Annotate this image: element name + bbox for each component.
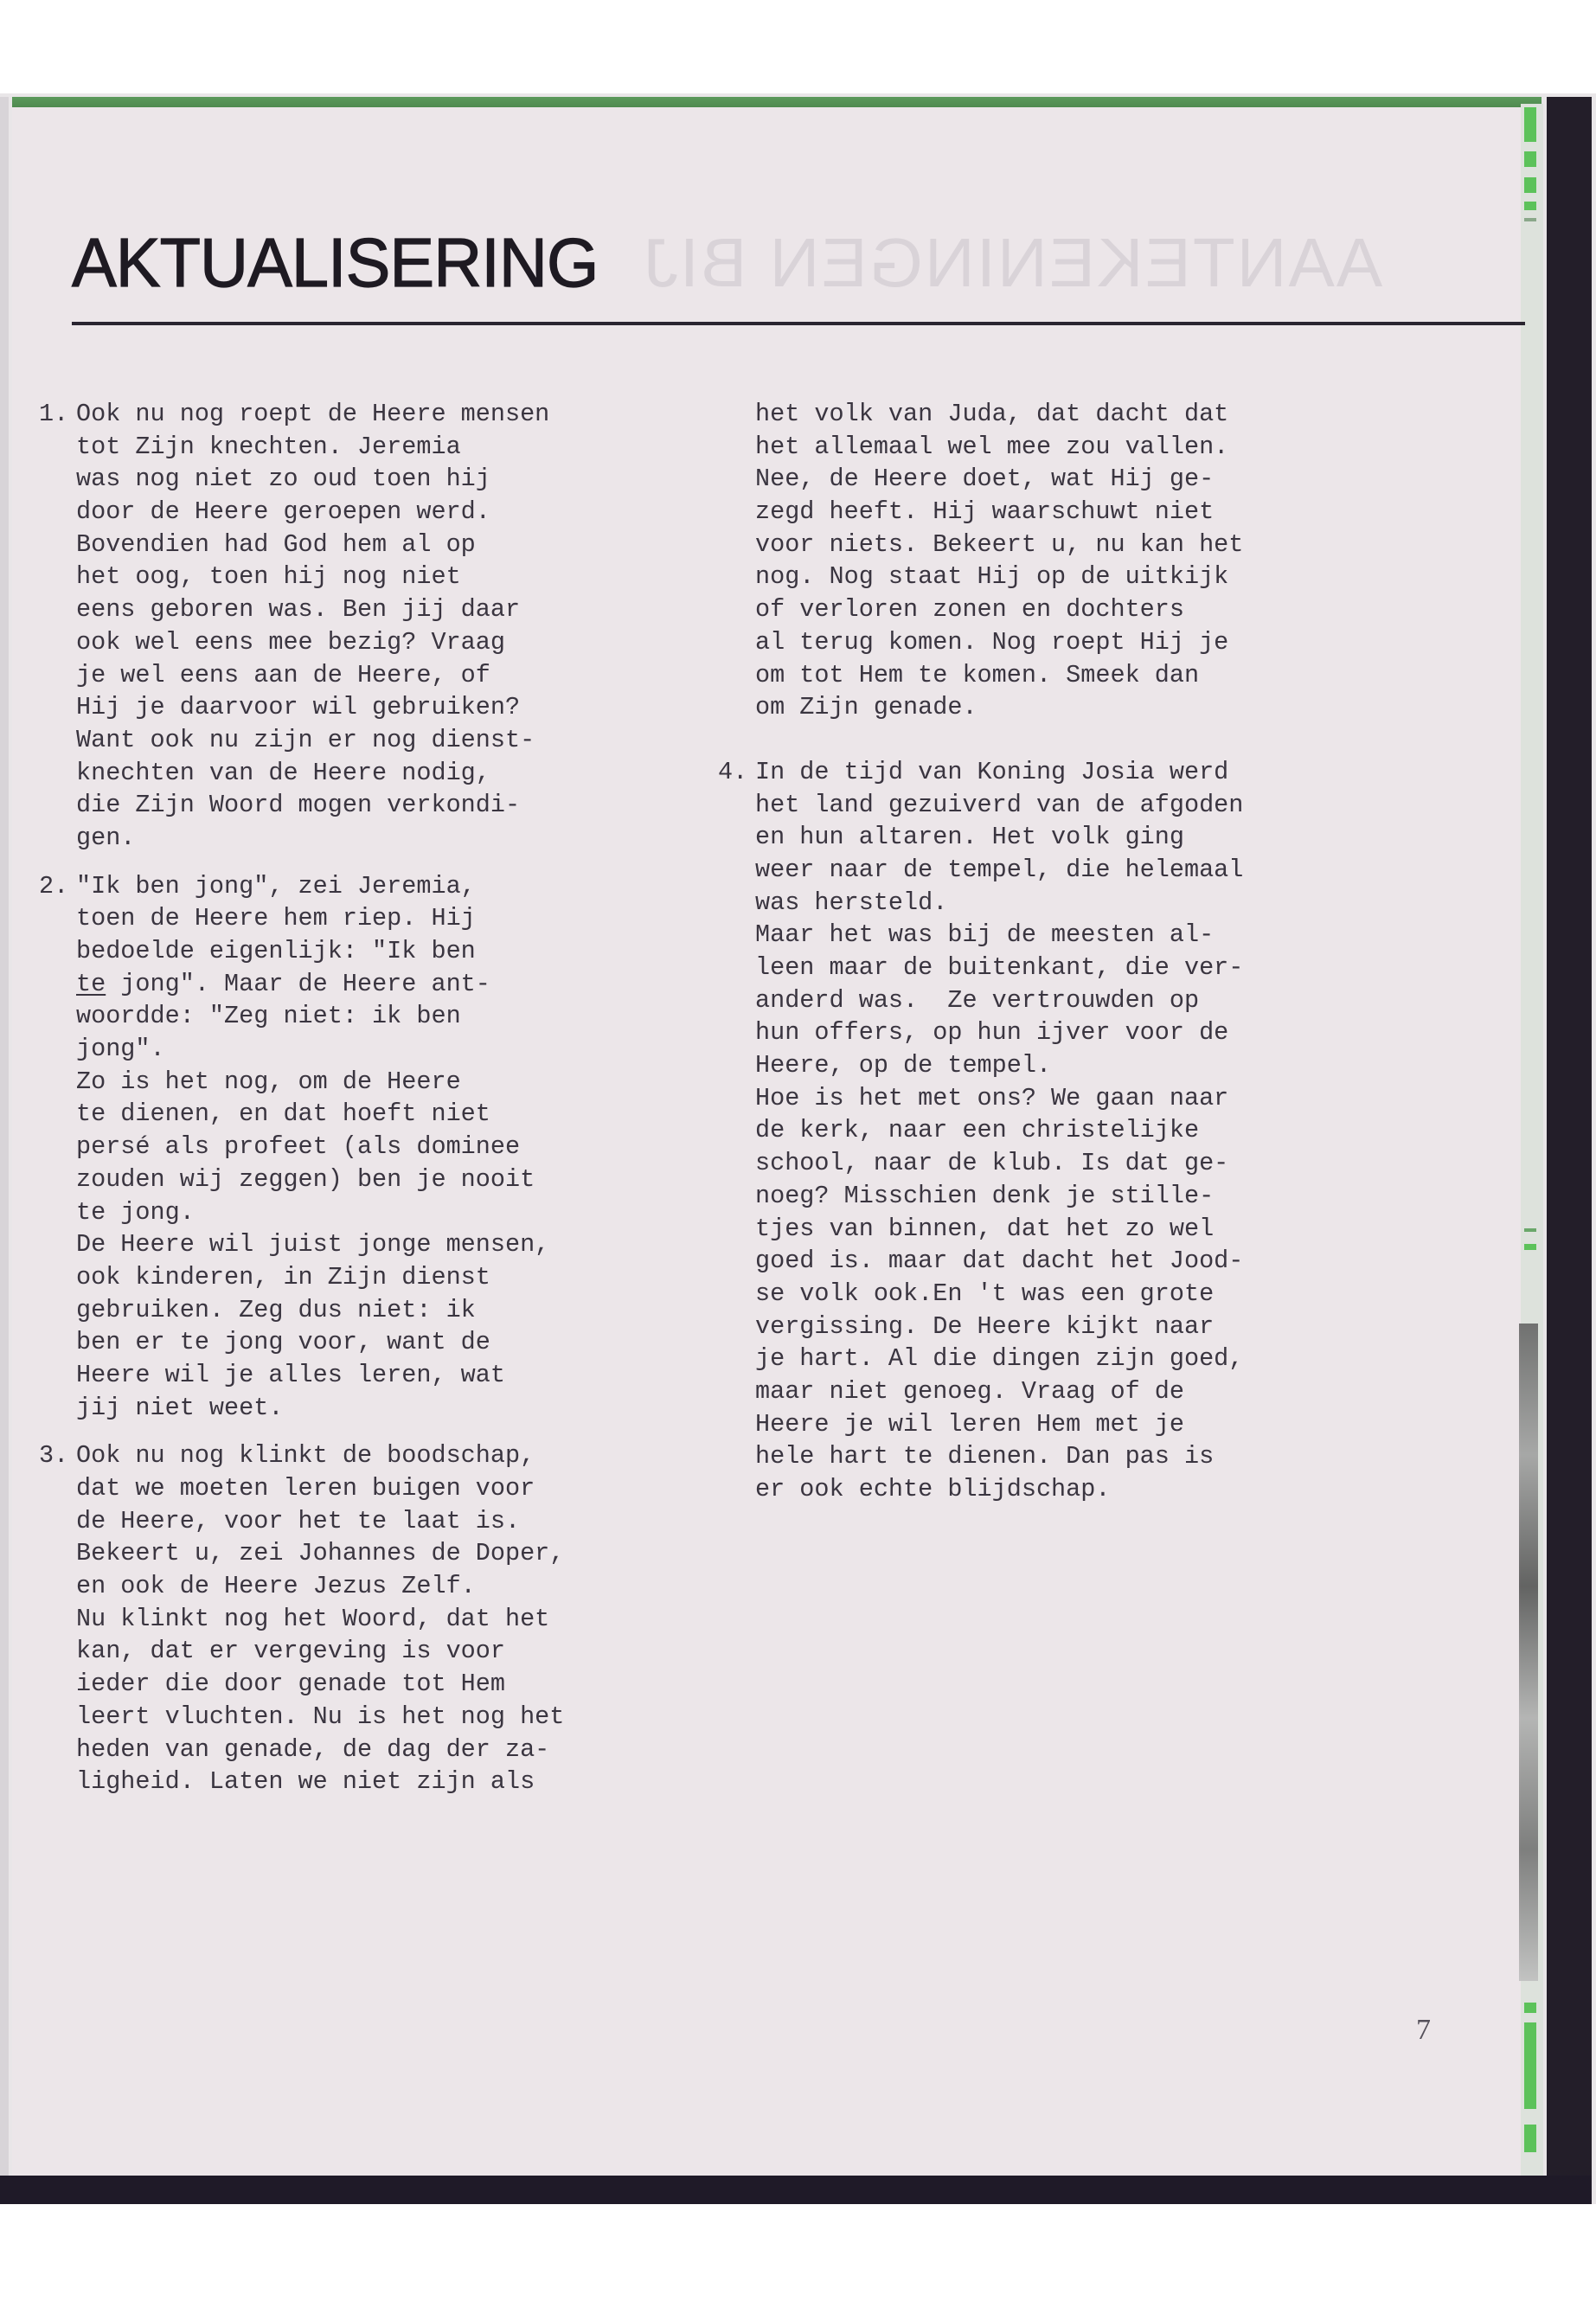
text-line: Ook nu nog klinkt de boodschap, xyxy=(76,1439,757,1472)
page-number: 7 xyxy=(1416,2014,1431,2047)
text-line: de Heere, voor het te laat is. xyxy=(76,1505,757,1538)
text-line: te jong. xyxy=(76,1196,757,1229)
section-number: 2. xyxy=(39,870,68,903)
text-line: het allemaal wel mee zou vallen. xyxy=(755,431,1436,464)
text-line: eens geboren was. Ben jij daar xyxy=(76,593,757,626)
text-line: jij niet weet. xyxy=(76,1392,757,1425)
text-line: om tot Hem te komen. Smeek dan xyxy=(755,659,1436,692)
text-line: Heere wil je alles leren, wat xyxy=(76,1359,757,1392)
text-line: om Zijn genade. xyxy=(755,691,1436,724)
text-line: woordde: "Zeg niet: ik ben xyxy=(76,1000,757,1033)
text-line: het volk van Juda, dat dacht dat xyxy=(755,398,1436,431)
text-line: leert vluchten. Nu is het nog het xyxy=(76,1701,757,1734)
section-number: 3. xyxy=(39,1439,68,1472)
text-line: die Zijn Woord mogen verkondi- xyxy=(76,789,757,822)
text-line: Ook nu nog roept de Heere mensen xyxy=(76,398,757,431)
text-line: de kerk, naar een christelijke xyxy=(755,1114,1436,1147)
text-line: Heere je wil leren Hem met je xyxy=(755,1408,1436,1441)
green-edge-tab xyxy=(1524,2022,1536,2109)
text-line: ook wel eens mee bezig? Vraag xyxy=(76,626,757,659)
text-line: Nu klinkt nog het Woord, dat het xyxy=(76,1603,757,1636)
text-line: Hij je daarvoor wil gebruiken? xyxy=(76,691,757,724)
numbered-section-1: 1.Ook nu nog roept de Heere mensentot Zi… xyxy=(39,398,757,855)
text-line: vergissing. De Heere kijkt naar xyxy=(755,1311,1436,1343)
text-line: bedoelde eigenlijk: "Ik ben xyxy=(76,935,757,968)
text-line: het land gezuiverd van de afgoden xyxy=(755,789,1436,822)
text-line: Heere, op de tempel. xyxy=(755,1049,1436,1082)
green-edge-tab xyxy=(1524,1228,1536,1232)
green-edge-tab xyxy=(1524,1244,1536,1250)
text-line: ligheid. Laten we niet zijn als xyxy=(76,1766,757,1798)
numbered-section-2: 2."Ik ben jong", zei Jeremia,toen de Hee… xyxy=(39,870,757,1425)
left-scan-edge xyxy=(0,97,9,2204)
section-number: 1. xyxy=(39,398,68,431)
text-line: Bekeert u, zei Johannes de Doper, xyxy=(76,1537,757,1570)
text-line: was nog niet zo oud toen hij xyxy=(76,463,757,496)
text-line: hun offers, op hun ijver voor de xyxy=(755,1016,1436,1049)
text-line: gen. xyxy=(76,822,757,855)
text-line: je wel eens aan de Heere, of xyxy=(76,659,757,692)
text-line: heden van genade, de dag der za- xyxy=(76,1734,757,1766)
heading-rule xyxy=(72,322,1525,325)
text-line: was hersteld. xyxy=(755,887,1436,920)
numbered-section-3: 3.Ook nu nog klinkt de boodschap,dat we … xyxy=(39,1439,757,1798)
text-line: voor niets. Bekeert u, nu kan het xyxy=(755,529,1436,561)
text-line: Bovendien had God hem al op xyxy=(76,529,757,561)
text-line: hele hart te dienen. Dan pas is xyxy=(755,1440,1436,1473)
text-line: kan, dat er vergeving is voor xyxy=(76,1635,757,1668)
green-edge-tab xyxy=(1524,218,1536,221)
text-line: tjes van binnen, dat het zo wel xyxy=(755,1213,1436,1246)
right-column: het volk van Juda, dat dacht dathet alle… xyxy=(718,398,1436,1522)
green-top-border xyxy=(12,97,1542,107)
numbered-section-4: 4.In de tijd van Koning Josia werdhet la… xyxy=(718,756,1436,1506)
left-column: 1.Ook nu nog roept de Heere mensentot Zi… xyxy=(39,398,757,1814)
text-line: al terug komen. Nog roept Hij je xyxy=(755,626,1436,659)
text-line: knechten van de Heere nodig, xyxy=(76,757,757,790)
page-title: AKTUALISERING xyxy=(72,223,598,303)
text-line: Nee, de Heere doet, wat Hij ge- xyxy=(755,463,1436,496)
text-line: leen maar de buitenkant, die ver- xyxy=(755,952,1436,984)
green-edge-tab xyxy=(1524,2003,1536,2013)
text-line: De Heere wil juist jonge mensen, xyxy=(76,1228,757,1261)
text-line: In de tijd van Koning Josia werd xyxy=(755,756,1436,789)
green-edge-tab xyxy=(1524,151,1536,167)
text-line: anderd was. Ze vertrouwden op xyxy=(755,984,1436,1017)
text-line: tot Zijn knechten. Jeremia xyxy=(76,431,757,464)
show-through-heading: AANTEKENINGEN BIJ xyxy=(640,223,1384,303)
section-3-continuation: het volk van Juda, dat dacht dathet alle… xyxy=(755,398,1436,724)
green-edge-tab xyxy=(1524,107,1536,142)
text-line: te dienen, en dat hoeft niet xyxy=(76,1098,757,1131)
text-line: ieder die door genade tot Hem xyxy=(76,1668,757,1701)
underlined-word: te xyxy=(76,970,106,998)
text-line: "Ik ben jong", zei Jeremia, xyxy=(76,870,757,903)
section-number: 4. xyxy=(718,756,747,789)
green-edge-tab xyxy=(1524,177,1536,193)
text-line: te jong". Maar de Heere ant- xyxy=(76,968,757,1001)
text-line: zouden wij zeggen) ben je nooit xyxy=(76,1163,757,1196)
text-line: en ook de Heere Jezus Zelf. xyxy=(76,1570,757,1603)
text-line: se volk ook.En 't was een grote xyxy=(755,1278,1436,1311)
green-edge-tab xyxy=(1524,202,1536,210)
text-line: en hun altaren. Het volk ging xyxy=(755,821,1436,854)
text-line: er ook echte blijdschap. xyxy=(755,1473,1436,1506)
text-line: zegd heeft. Hij waarschuwt niet xyxy=(755,496,1436,529)
text-line: school, naar de klub. Is dat ge- xyxy=(755,1147,1436,1180)
photo-edge-sliver xyxy=(1519,1324,1538,1981)
text-line: Hoe is het met ons? We gaan naar xyxy=(755,1082,1436,1115)
text-line: nog. Nog staat Hij op de uitkijk xyxy=(755,561,1436,593)
text-line: je hart. Al die dingen zijn goed, xyxy=(755,1343,1436,1375)
text-line: het oog, toen hij nog niet xyxy=(76,561,757,593)
text-line: of verloren zonen en dochters xyxy=(755,593,1436,626)
text-line: weer naar de tempel, die helemaal xyxy=(755,854,1436,887)
bottom-scan-border xyxy=(0,2176,1592,2204)
text-line: toen de Heere hem riep. Hij xyxy=(76,902,757,935)
text-line: noeg? Misschien denk je stille- xyxy=(755,1180,1436,1213)
text-line: Zo is het nog, om de Heere xyxy=(76,1066,757,1099)
text-line: ben er te jong voor, want de xyxy=(76,1326,757,1359)
green-edge-tab xyxy=(1524,2125,1536,2152)
text-line: jong". xyxy=(76,1033,757,1066)
text-line: dat we moeten leren buigen voor xyxy=(76,1472,757,1505)
text-line: ook kinderen, in Zijn dienst xyxy=(76,1261,757,1294)
text-line: door de Heere geroepen werd. xyxy=(76,496,757,529)
text-line: gebruiken. Zeg dus niet: ik xyxy=(76,1294,757,1327)
text-line: persé als profeet (als dominee xyxy=(76,1131,757,1163)
text-line: goed is. maar dat dacht het Jood- xyxy=(755,1245,1436,1278)
right-scan-border xyxy=(1547,97,1592,2204)
text-line: Maar het was bij de meesten al- xyxy=(755,919,1436,952)
text-line: Want ook nu zijn er nog dienst- xyxy=(76,724,757,757)
text-line: maar niet genoeg. Vraag of de xyxy=(755,1375,1436,1408)
